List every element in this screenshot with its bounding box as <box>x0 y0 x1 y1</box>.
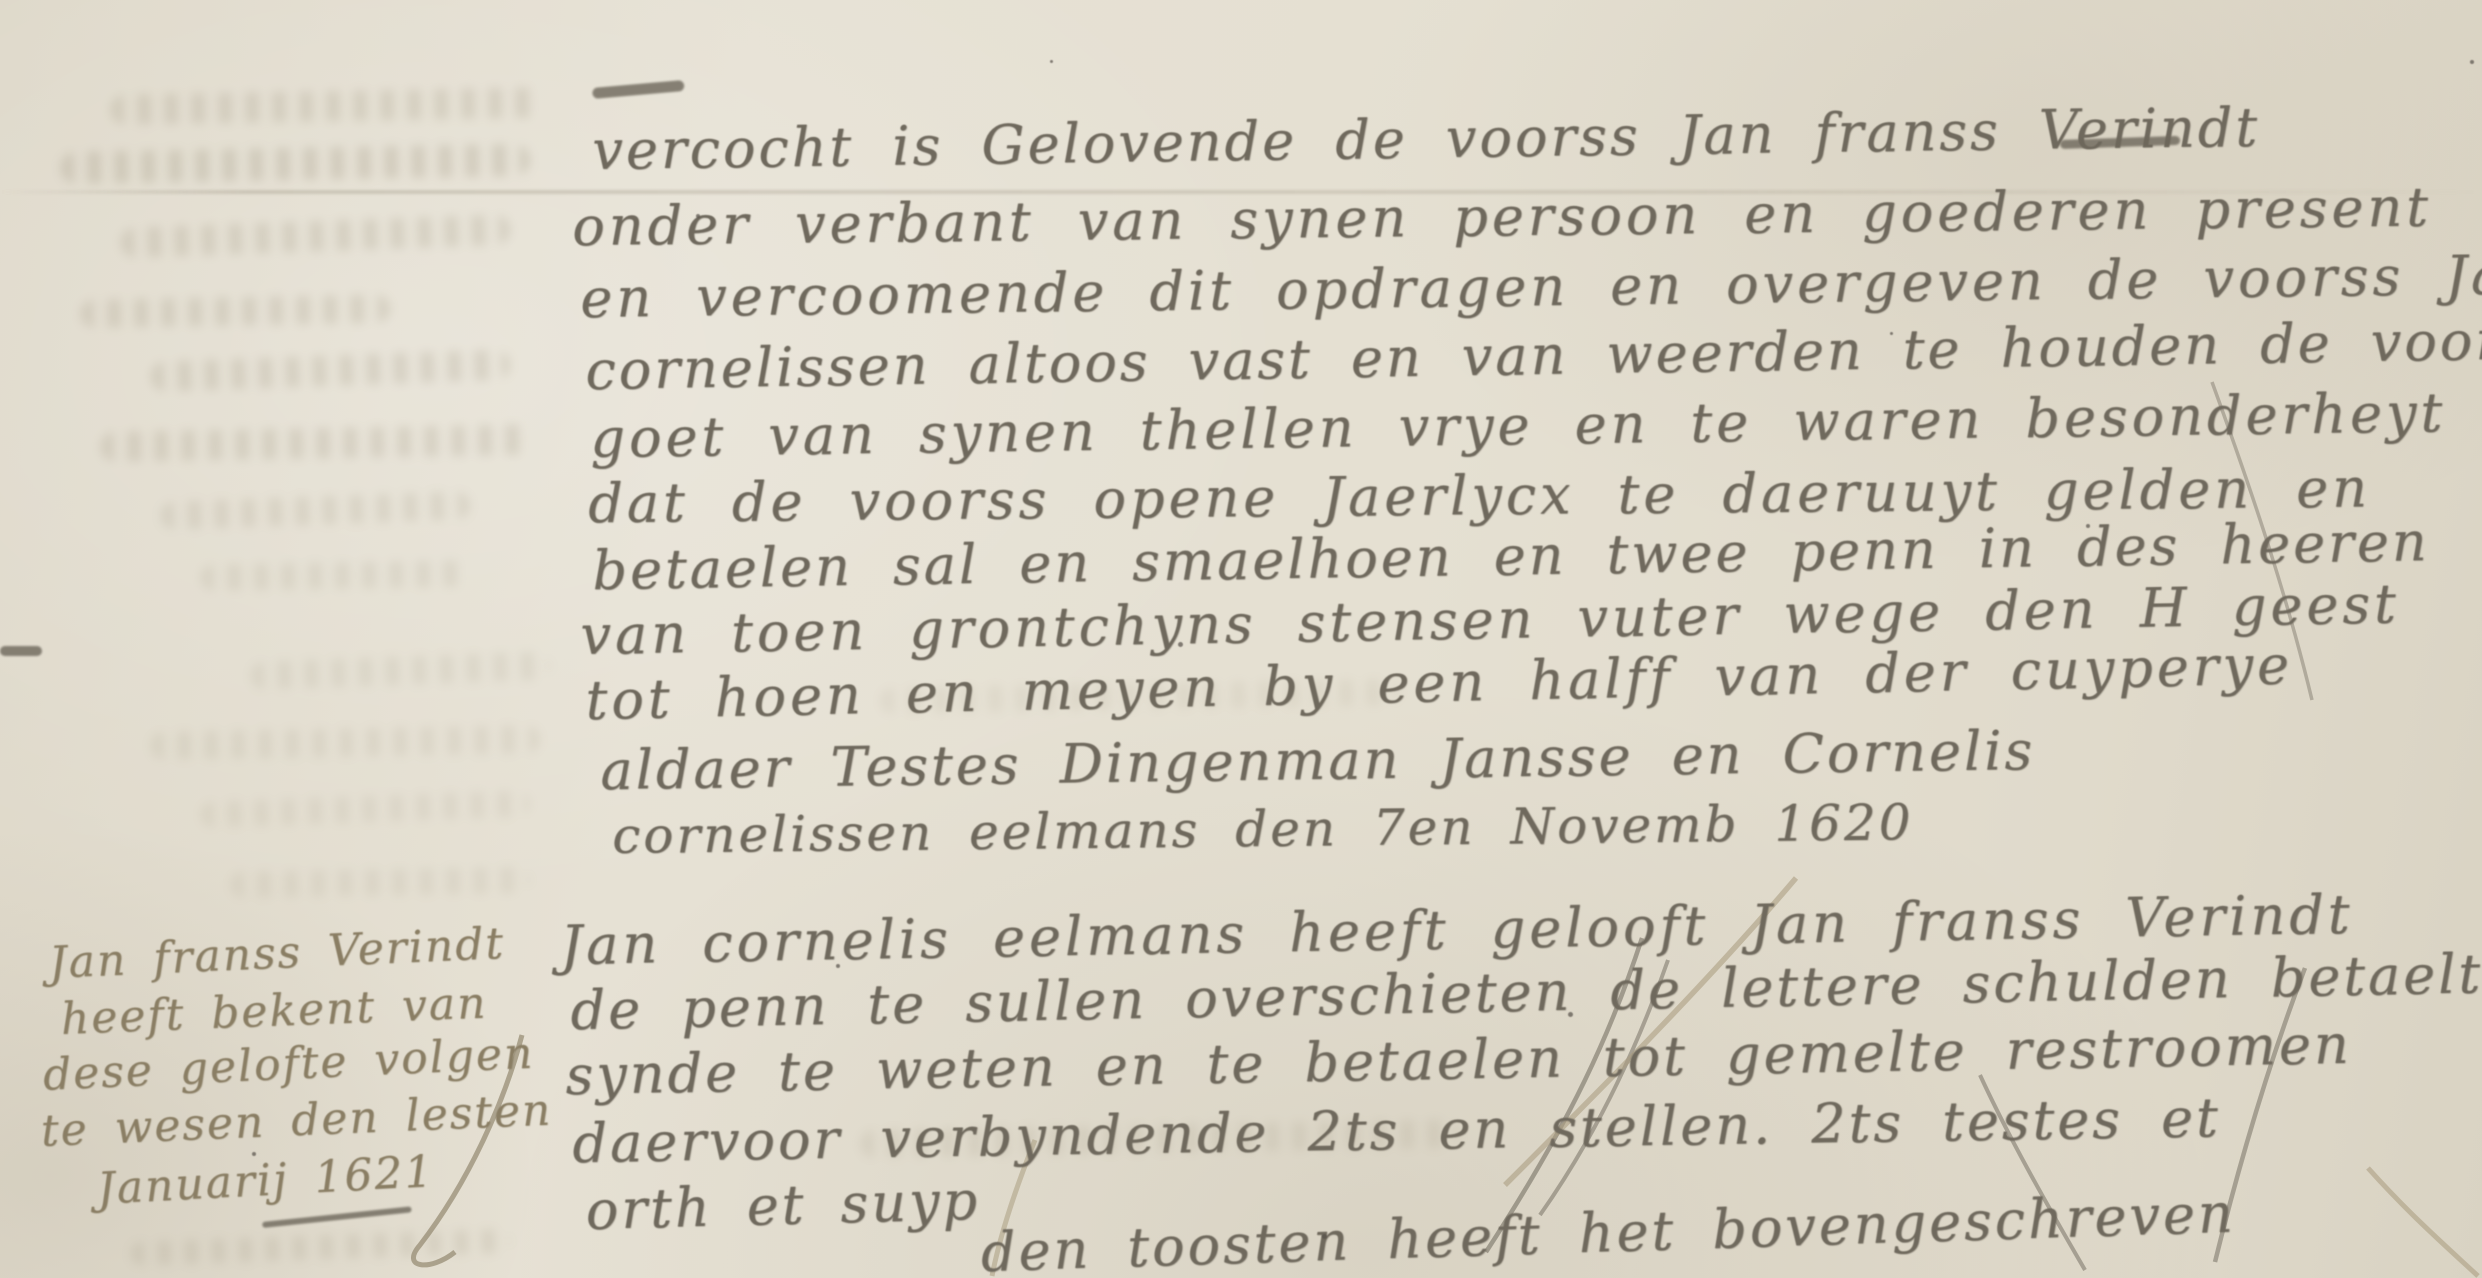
ink-speck <box>1568 1012 1573 1017</box>
manuscript-page: vercocht is Gelovende de voorss Jan fran… <box>0 0 2482 1278</box>
ink-speck <box>836 964 840 968</box>
ink-specks <box>0 0 2482 1278</box>
ink-speck <box>252 1152 256 1156</box>
ink-speck <box>1178 642 1183 647</box>
ink-speck <box>1322 1234 1327 1239</box>
ink-speck <box>2086 524 2090 528</box>
ink-speck <box>696 214 700 218</box>
ink-speck <box>1050 60 1053 63</box>
ink-speck <box>2470 60 2474 64</box>
ink-speck <box>1890 332 1893 335</box>
